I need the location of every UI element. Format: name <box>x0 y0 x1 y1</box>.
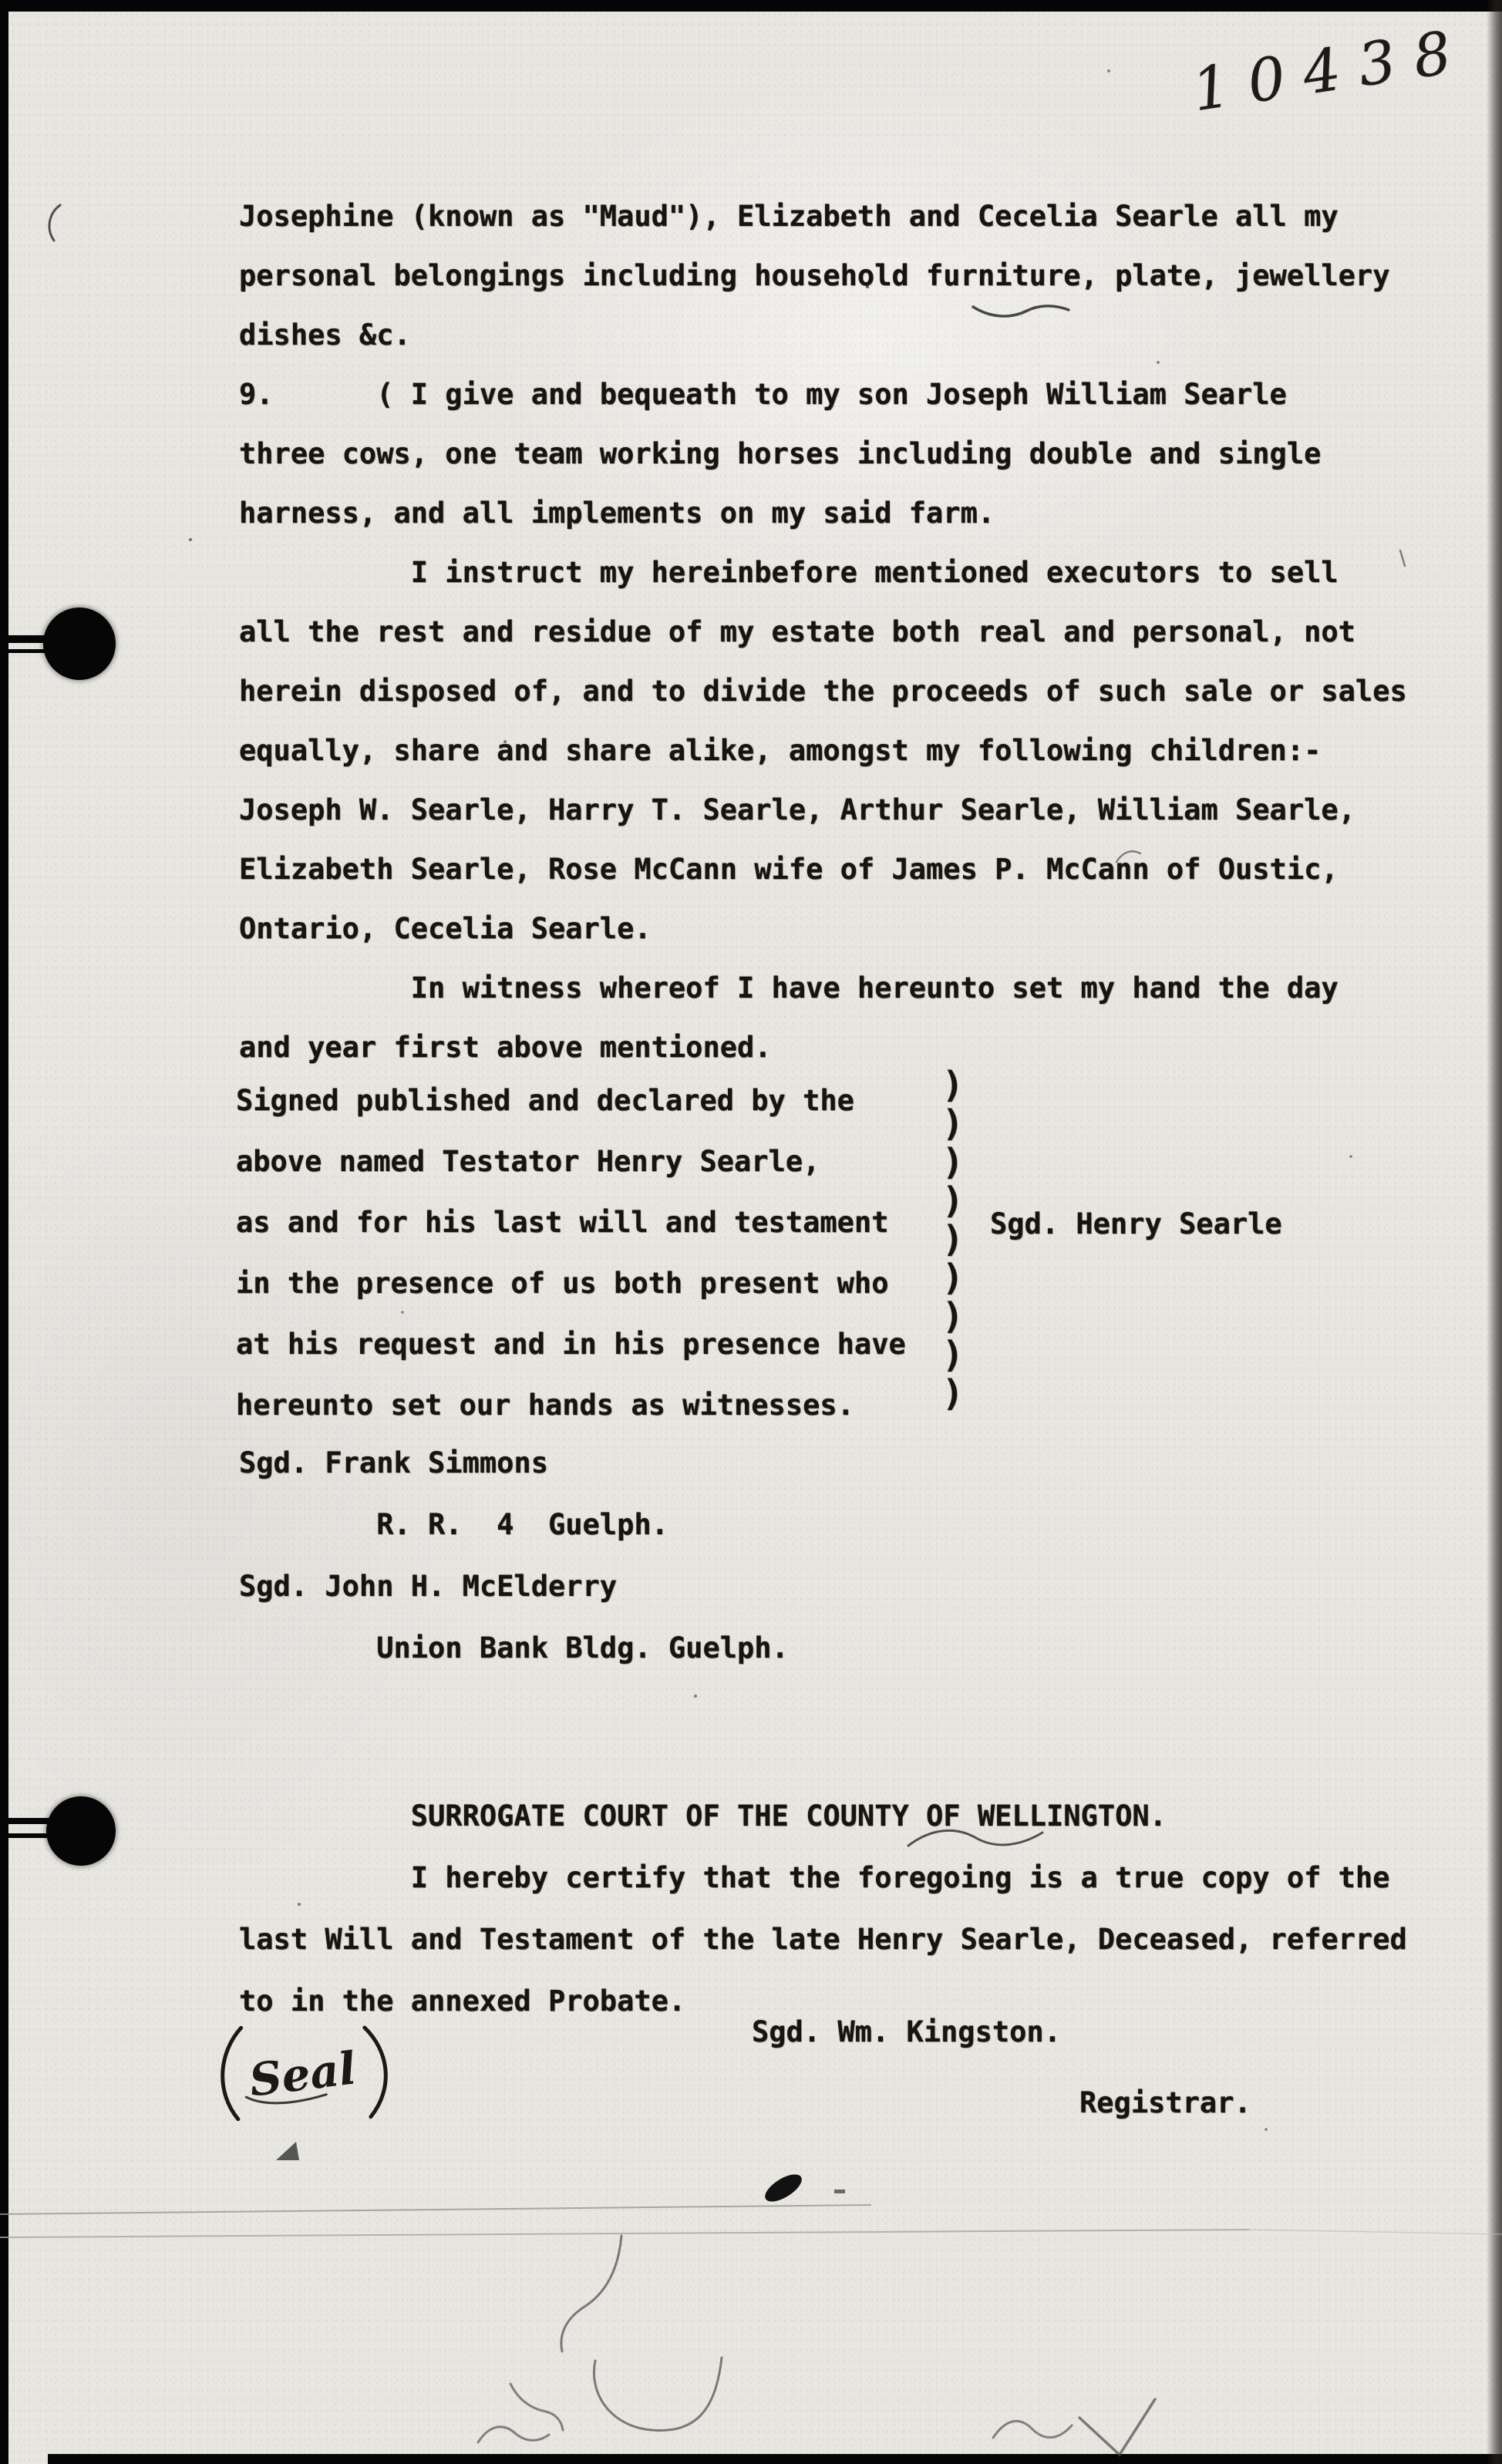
scanned-will-page: 10438 Josephine (known as "Maud"), Eliza… <box>0 0 1502 2464</box>
pen-marks-overlay <box>0 0 1502 2464</box>
